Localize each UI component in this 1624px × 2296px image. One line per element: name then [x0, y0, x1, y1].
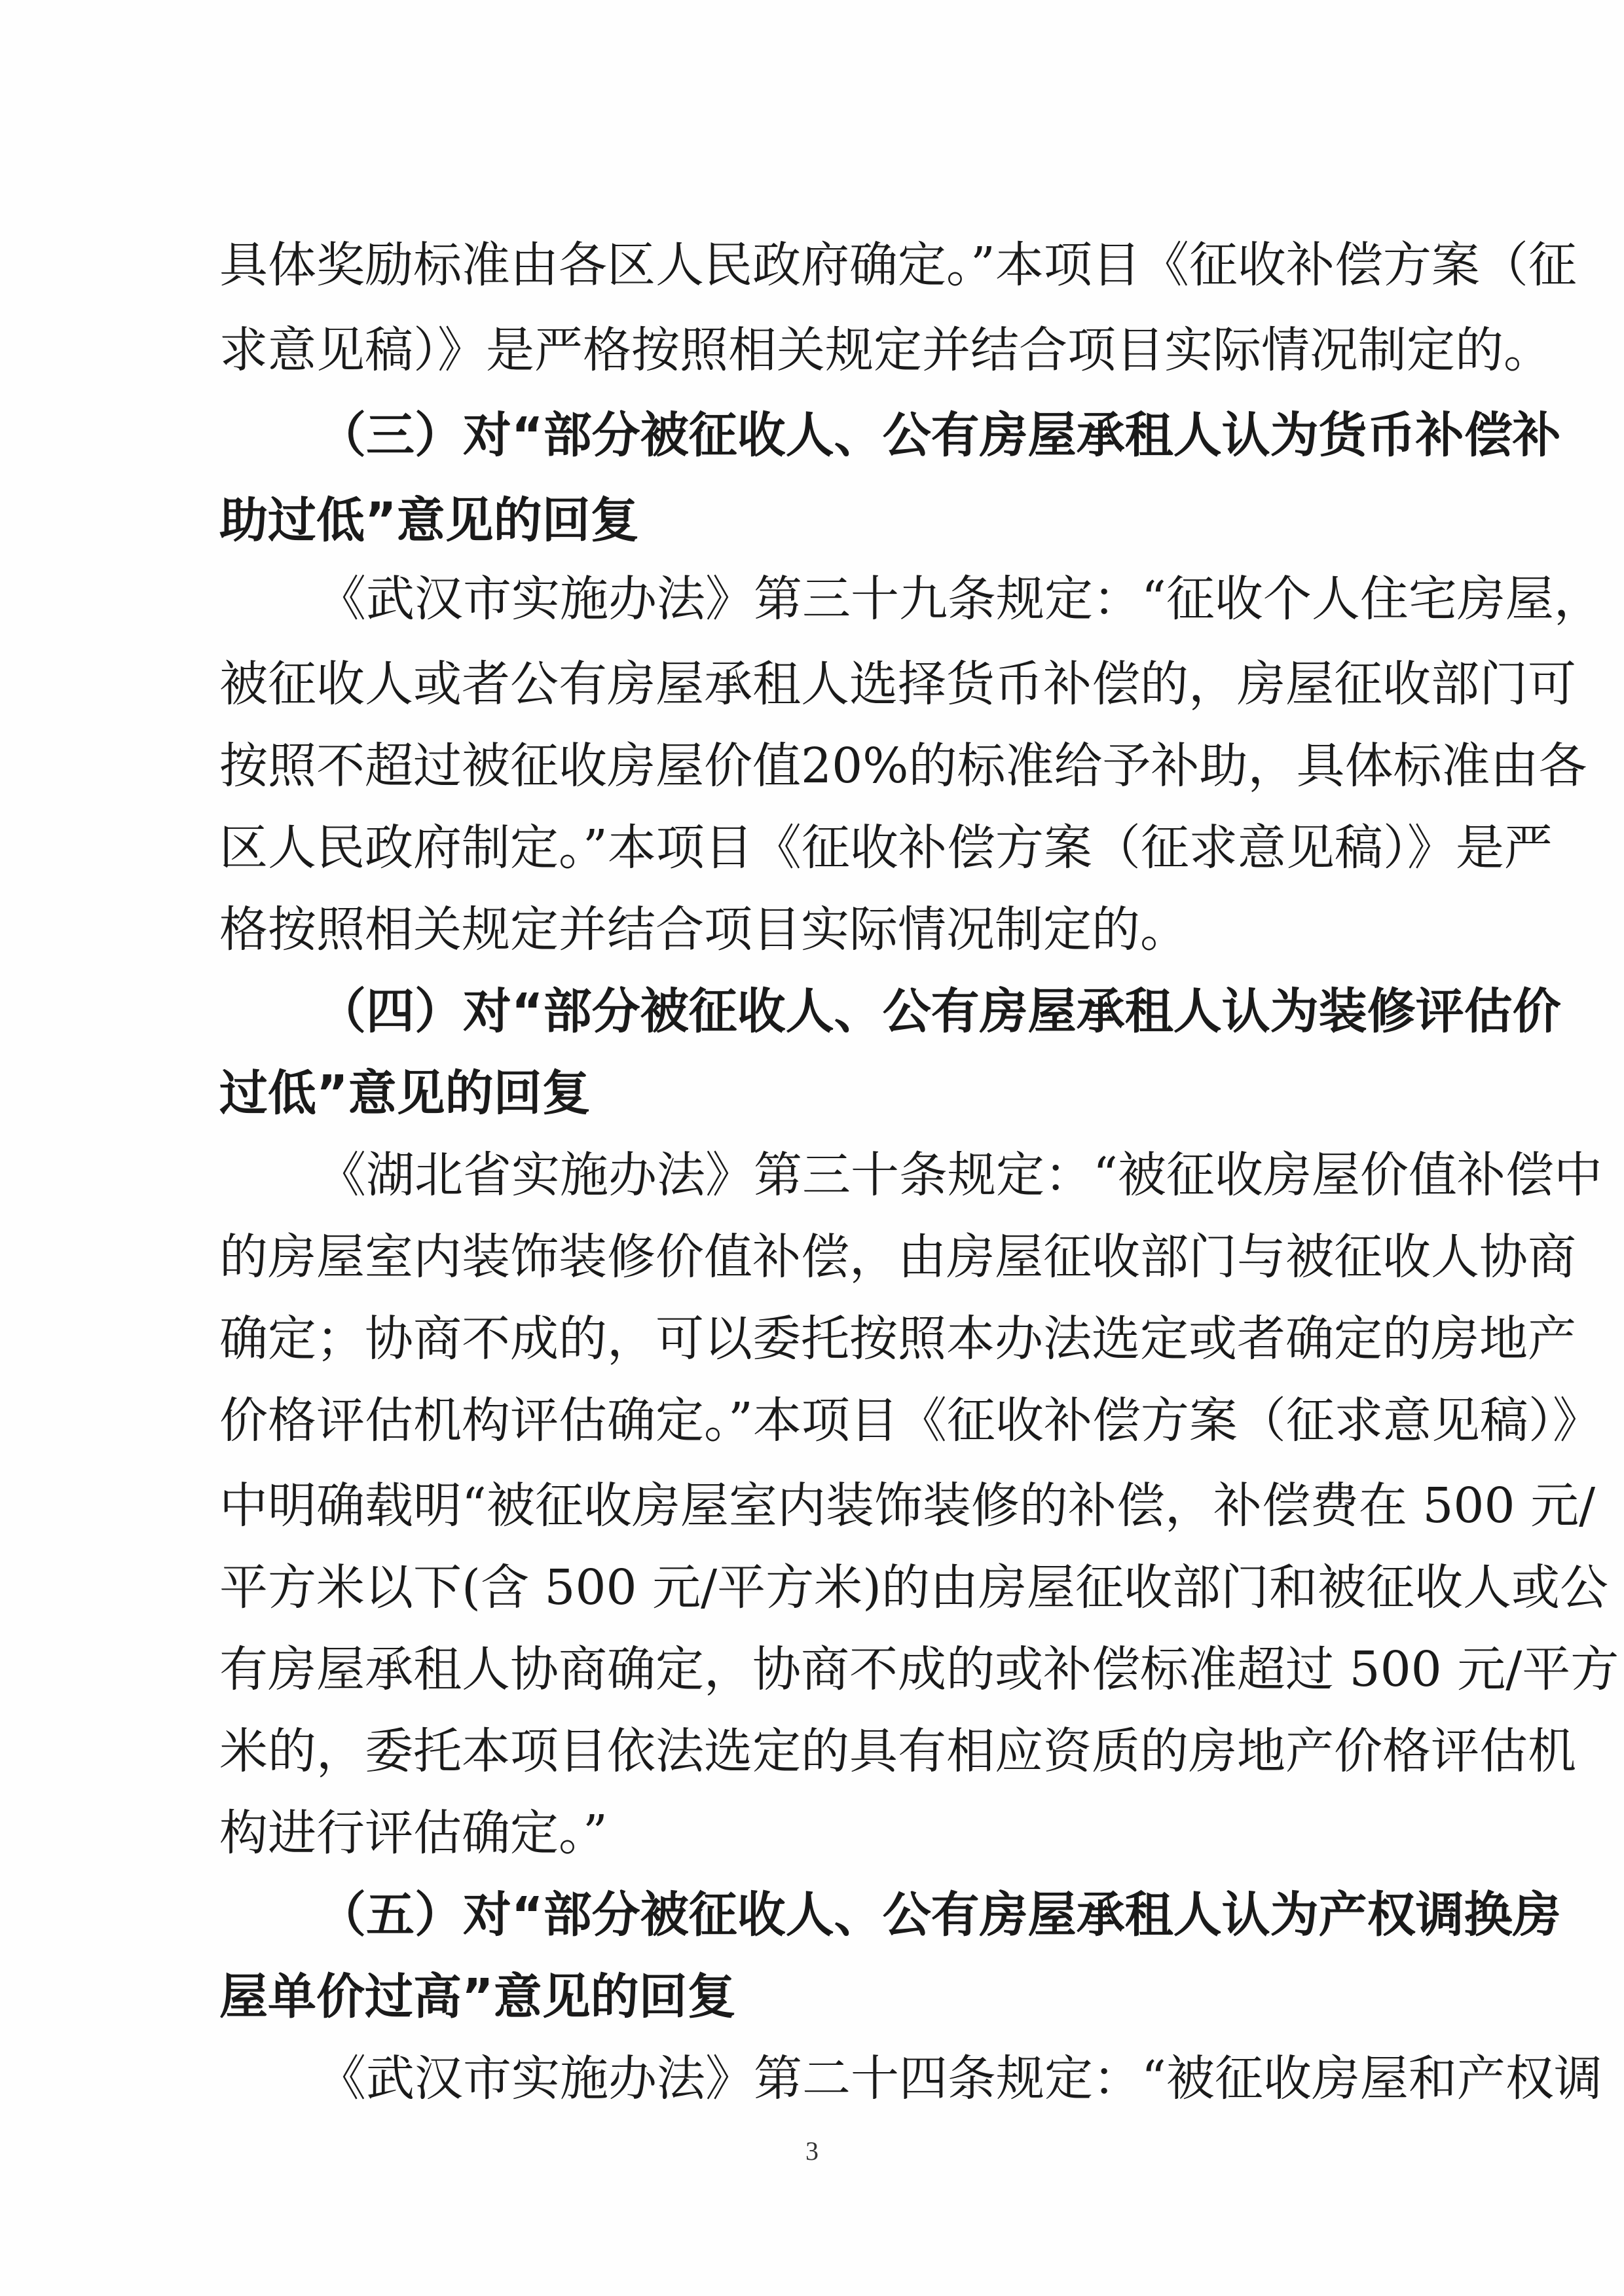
paragraph-line: 按照不超过被征收房屋价值20%的标准给予补助，具体标准由各: [219, 733, 1421, 799]
paragraph-line: 构进行评估确定。”: [219, 1800, 1421, 1866]
section-heading-4-cont: 过低”意见的回复: [219, 1061, 1421, 1126]
section-heading-3: （三）对“部分被征收人、公有房屋承租人认为货币补偿补: [318, 403, 1421, 468]
page-number: 3: [779, 2136, 845, 2166]
paragraph-line: 《武汉市实施办法》第二十四条规定：“被征收房屋和产权调: [318, 2046, 1421, 2111]
paragraph-line: 格按照相关规定并结合项目实际情况制定的。: [219, 897, 1421, 962]
paragraph-line: 区人民政府制定。”本项目《征收补偿方案（征求意见稿）》是严: [219, 815, 1421, 881]
paragraph-line: 平方米以下(含 500 元/平方米)的由房屋征收部门和被征收人或公: [219, 1555, 1421, 1620]
paragraph-line: 具体奖励标准由各区人民政府确定。”本项目《征收补偿方案（征: [219, 232, 1421, 298]
document-page: 具体奖励标准由各区人民政府确定。”本项目《征收补偿方案（征 求意见稿）》是严格按…: [0, 0, 1624, 2296]
paragraph-line: 《武汉市实施办法》第三十九条规定：“征收个人住宅房屋，: [318, 566, 1421, 632]
paragraph-line: 确定；协商不成的，可以委托按照本办法选定或者确定的房地产: [219, 1306, 1421, 1372]
paragraph-line: 求意见稿）》是严格按照相关规定并结合项目实际情况制定的。: [219, 318, 1421, 383]
paragraph-line: 被征收人或者公有房屋承租人选择货币补偿的，房屋征收部门可: [219, 651, 1421, 717]
paragraph-line: 中明确载明“被征收房屋室内装饰装修的补偿，补偿费在 500 元/: [219, 1473, 1421, 1539]
section-heading-4: （四）对“部分被征收人、公有房屋承租人认为装修评估价: [318, 979, 1421, 1044]
paragraph-line: 《湖北省实施办法》第三十条规定：“被征收房屋价值补偿中: [318, 1142, 1421, 1208]
paragraph-line: 米的，委托本项目依法选定的具有相应资质的房地产价格评估机: [219, 1719, 1421, 1784]
section-heading-5: （五）对“部分被征收人、公有房屋承租人认为产权调换房: [318, 1882, 1421, 1948]
paragraph-line: 有房屋承租人协商确定，协商不成的或补偿标准超过 500 元/平方: [219, 1637, 1421, 1702]
paragraph-line: 价格评估机构评估确定。”本项目《征收补偿方案（征求意见稿）》: [219, 1388, 1421, 1453]
section-heading-3-cont: 助过低”意见的回复: [219, 488, 1421, 553]
section-heading-5-cont: 屋单价过高”意见的回复: [219, 1964, 1421, 2030]
paragraph-line: 的房屋室内装饰装修价值补偿，由房屋征收部门与被征收人协商: [219, 1224, 1421, 1290]
